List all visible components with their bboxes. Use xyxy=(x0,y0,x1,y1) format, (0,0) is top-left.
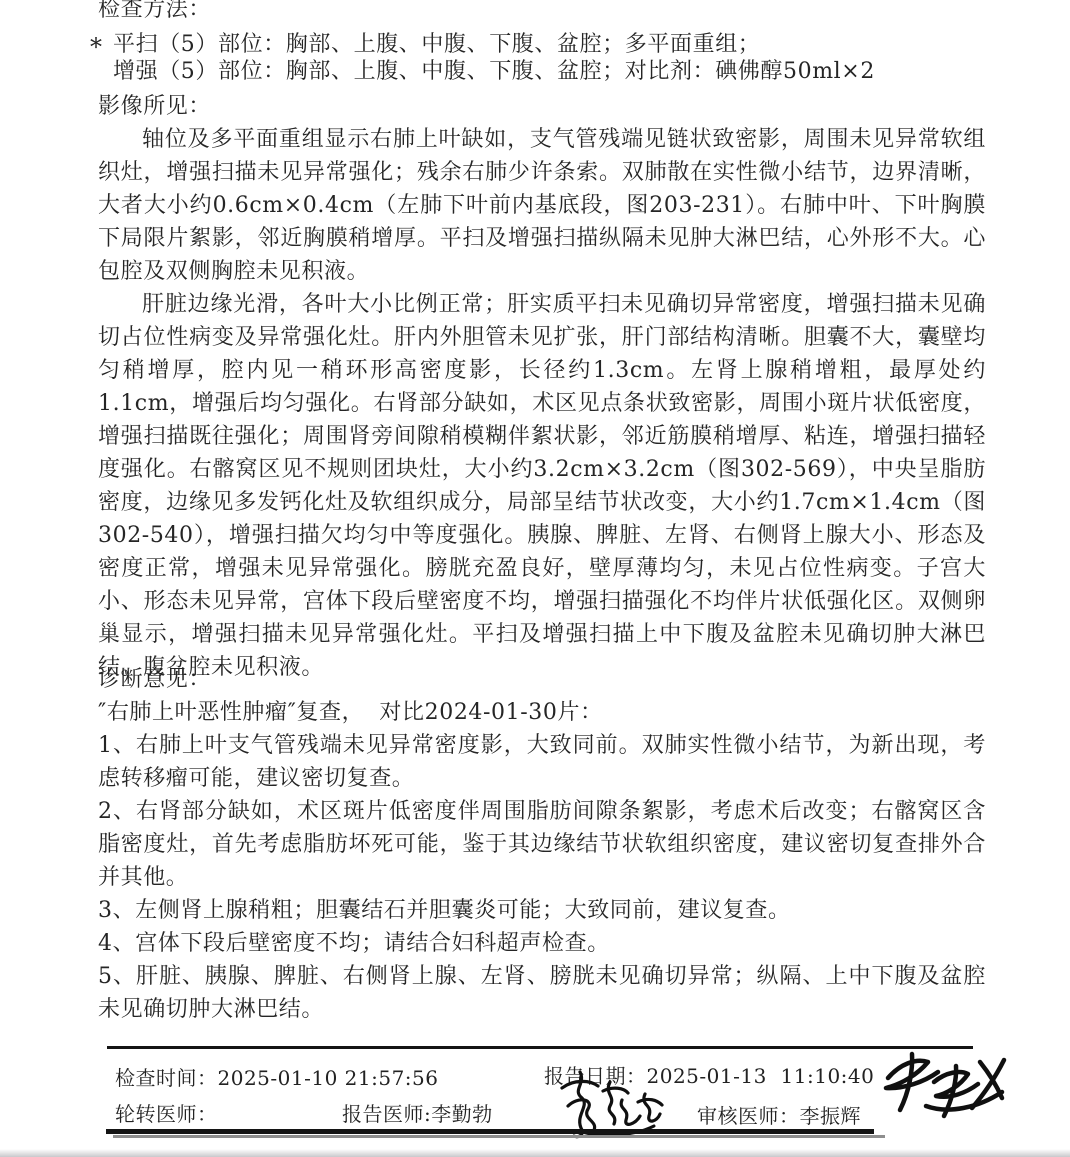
reviewing-physician-label: 审核医师： xyxy=(697,1104,800,1128)
diagnosis-section: 诊断意见： ″右肺上叶恶性肿瘤″复查， 对比2024-01-30片： 1、右肺上… xyxy=(98,663,986,1026)
plain-scan-line: 平扫（5）部位：胸部、上腹、中腹、下腹、盆腔；多平面重组； xyxy=(113,31,986,58)
rotating-physician-label: 轮转医师： xyxy=(115,1102,218,1126)
findings-paragraph-chest: 轴位及多平面重组显示右肺上叶缺如，支气管残端见链状致密影，周围未见异常软组织灶，… xyxy=(98,123,986,288)
reviewing-physician-field: 审核医师：李振辉 xyxy=(697,1100,861,1129)
exam-time-field: 检查时间：2025-01-10 21:57:56 xyxy=(115,1062,439,1091)
diagnosis-item-4: 4、宫体下段后壁密度不均；请结合妇科超声检查。 xyxy=(98,927,986,960)
exam-method-section: 检查方法： * 平扫（5）部位：胸部、上腹、中腹、下腹、盆腔；多平面重组； 增强… xyxy=(98,0,986,85)
exam-time-value: 2025-01-10 21:57:56 xyxy=(218,1066,439,1090)
report-date-value: 2025-01-13 11:10:40 xyxy=(647,1064,875,1088)
enhanced-scan-line: 增强（5）部位：胸部、上腹、中腹、下腹、盆腔；对比剂：碘佛醇50ml×2 xyxy=(113,58,986,85)
exam-method-heading: 检查方法： xyxy=(98,0,986,26)
diagnosis-item-5: 5、肝脏、胰腺、脾脏、右侧肾上腺、左肾、膀胱未见确切异常；纵隔、上中下腹及盆腔未… xyxy=(98,960,986,1026)
exam-time-label: 检查时间： xyxy=(115,1066,218,1090)
diagnosis-intro: ″右肺上叶恶性肿瘤″复查， 对比2024-01-30片： xyxy=(98,696,986,729)
diagnosis-heading: 诊断意见： xyxy=(98,663,986,696)
reporting-physician-label: 报告医师: xyxy=(342,1102,431,1126)
ct-report-page: 检查方法： * 平扫（5）部位：胸部、上腹、中腹、下腹、盆腔；多平面重组； 增强… xyxy=(0,0,1070,1157)
reporting-physician-value: 李勤勃 xyxy=(431,1102,493,1126)
footer-bottom-rule xyxy=(106,1129,874,1134)
imaging-findings-heading: 影像所见： xyxy=(98,90,986,123)
findings-paragraph-abdomen: 肝脏边缘光滑，各叶大小比例正常；肝实质平扫未见确切异常密度，增强扫描未见确切占位… xyxy=(98,288,986,684)
reviewing-physician-value: 李振辉 xyxy=(800,1104,862,1128)
footer-bottom-rule-shadow xyxy=(113,1135,885,1138)
rotating-physician-field: 轮转医师： xyxy=(115,1098,218,1127)
page-bottom-edge xyxy=(0,1149,1070,1157)
diagnosis-item-2: 2、右肾部分缺如，术区斑片低密度伴周围脂肪间隙条絮影，考虑术后改变；右髂窝区含脂… xyxy=(98,795,986,894)
diagnosis-item-1: 1、右肺上叶支气管残端未见异常密度影，大致同前。双肺实性微小结节，为新出现，考虑… xyxy=(98,729,986,795)
footer-top-rule xyxy=(107,1046,973,1049)
reviewing-physician-signature xyxy=(872,1048,1012,1126)
asterisk-marker: * xyxy=(90,34,103,61)
imaging-findings-section: 影像所见： 轴位及多平面重组显示右肺上叶缺如，支气管残端见链状致密影，周围未见异… xyxy=(98,90,986,684)
reporting-physician-field: 报告医师:李勤勃 xyxy=(342,1098,493,1127)
diagnosis-item-3: 3、左侧肾上腺稍粗；胆囊结石并胆囊炎可能；大致同前，建议复查。 xyxy=(98,894,986,927)
exam-method-lines: * 平扫（5）部位：胸部、上腹、中腹、下腹、盆腔；多平面重组； 增强（5）部位：… xyxy=(98,31,986,85)
